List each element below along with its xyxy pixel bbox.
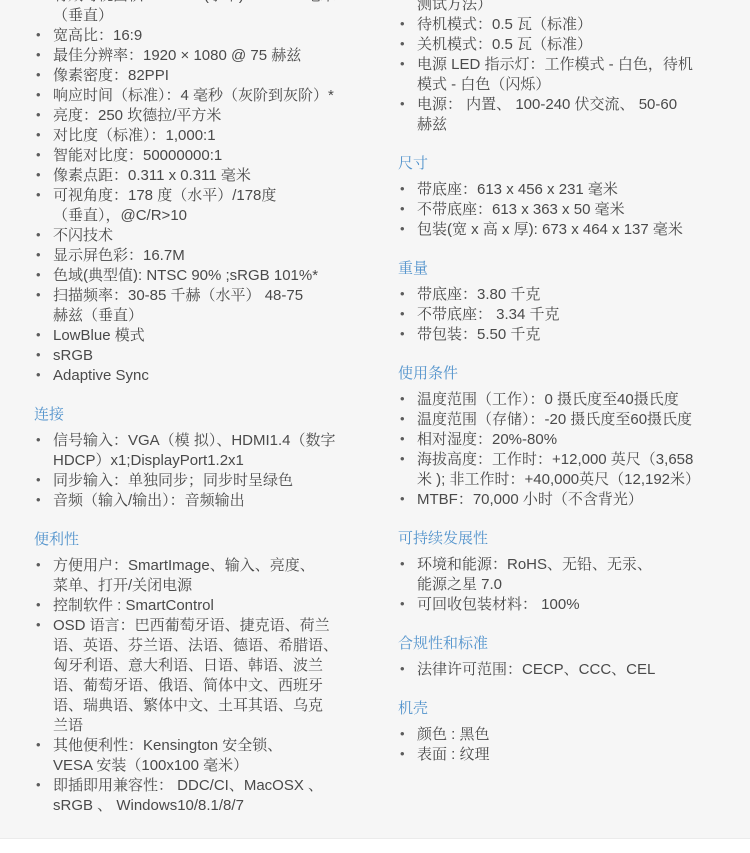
spec-line: •包装(宽 x 高 x 厚): 673 x 464 x 137 毫米 xyxy=(398,220,740,240)
bullet-icon: • xyxy=(36,105,41,125)
spec-text: 赫兹 xyxy=(417,116,447,133)
bullet-icon: • xyxy=(400,179,405,199)
spec-text: 菜单、打开/关闭电源 xyxy=(53,577,192,594)
spec-text: 可回收包装材料： 100% xyxy=(417,596,580,613)
spec-text: 模式 - 白色（闪烁） xyxy=(417,76,550,93)
spec-line: 赫兹 xyxy=(398,115,740,135)
spec-text: 有效可视面积：597.89(水平)x 336.31 毫米 xyxy=(53,0,336,4)
spec-text: 相对湿度：20%-80% xyxy=(417,431,557,448)
bullet-icon: • xyxy=(400,554,405,574)
spec-line: •像素密度：82PPI xyxy=(34,66,370,86)
spec-text: 响应时间（标准）：4 毫秒（灰阶到灰阶）* xyxy=(53,87,334,104)
bullet-icon: • xyxy=(36,615,41,635)
section-left-1: 连接•信号输入：VGA（模 拟）、HDMI1.4（数字HDCP）x1;Displ… xyxy=(34,405,370,511)
bullet-icon: • xyxy=(400,489,405,509)
bullet-icon: • xyxy=(36,430,41,450)
spec-line: •海拔高度：工作时：+12,000 英尺（3,658 xyxy=(398,450,740,470)
bullet-icon: • xyxy=(400,724,405,744)
section-heading: 重量 xyxy=(398,259,740,279)
bullet-icon: • xyxy=(36,65,41,85)
spec-line: •带包装：5.50 千克 xyxy=(398,325,740,345)
spec-columns: •有效可视面积：597.89(水平)x 336.31 毫米（垂直）•宽高比：16… xyxy=(0,0,750,816)
spec-line: •电源 LED 指示灯：工作模式 - 白色，待机 xyxy=(398,55,740,75)
section-right-6: 机壳•颜色 : 黑色•表面 : 纹理 xyxy=(398,699,740,765)
spec-line: （垂直），@C/R>10 xyxy=(34,206,370,226)
spec-line: •扫描频率：30-85 千赫（水平） 48-75 xyxy=(34,286,370,306)
page-bottom-strip xyxy=(0,839,750,853)
spec-text: Adaptive Sync xyxy=(53,367,149,384)
bullet-icon: • xyxy=(36,25,41,45)
spec-line: •MTBF：70,000 小时（不含背光） xyxy=(398,490,740,510)
spec-line: •方便用户：SmartImage、输入、亮度、 xyxy=(34,556,370,576)
section-right-4: 可持续发展性•环境和能源：RoHS、无铅、无汞、能源之星 7.0•可回收包装材料… xyxy=(398,529,740,615)
bullet-icon: • xyxy=(36,125,41,145)
spec-text: （垂直） xyxy=(53,7,113,24)
spec-line: 菜单、打开/关闭电源 xyxy=(34,576,370,596)
spec-line: •亮度：250 坎德拉/平方米 xyxy=(34,106,370,126)
spec-text: 智能对比度：50000000:1 xyxy=(53,147,222,164)
spec-text: 待机模式：0.5 瓦（标准） xyxy=(417,16,592,33)
spec-text: 宽高比：16:9 xyxy=(53,27,142,44)
bullet-icon: • xyxy=(36,595,41,615)
section-left-0: •有效可视面积：597.89(水平)x 336.31 毫米（垂直）•宽高比：16… xyxy=(34,0,370,386)
spec-text: 信号输入：VGA（模 拟）、HDMI1.4（数字 xyxy=(53,432,336,449)
bullet-icon: • xyxy=(400,54,405,74)
section-heading: 机壳 xyxy=(398,699,740,719)
bullet-icon: • xyxy=(36,735,41,755)
bullet-icon: • xyxy=(36,245,41,265)
bullet-icon: • xyxy=(36,0,41,5)
bullet-icon: • xyxy=(400,429,405,449)
spec-text: 环境和能源：RoHS、无铅、无汞、 xyxy=(417,556,652,573)
spec-line: •显示屏色彩：16.7M xyxy=(34,246,370,266)
spec-text: 带底座：3.80 千克 xyxy=(417,286,540,303)
spec-line: 语、瑞典语、繁体中文、土耳其语、乌克 xyxy=(34,696,370,716)
spec-text: 音频（输入/输出）：音频输出 xyxy=(53,492,245,509)
spec-text: 亮度：250 坎德拉/平方米 xyxy=(53,107,221,124)
spec-line: 赫兹（垂直） xyxy=(34,306,370,326)
spec-text: （垂直），@C/R>10 xyxy=(53,207,187,224)
spec-text: 语、英语、芬兰语、法语、德语、希腊语、 xyxy=(53,637,338,654)
section-right-5: 合规性和标准•法律许可范围：CECP、CCC、CEL xyxy=(398,634,740,680)
section-right-2: 重量•带底座：3.80 千克•不带底座： 3.34 千克•带包装：5.50 千克 xyxy=(398,259,740,345)
bullet-icon: • xyxy=(36,225,41,245)
spec-text: 测试方法） xyxy=(417,0,492,13)
spec-line: •法律许可范围：CECP、CCC、CEL xyxy=(398,660,740,680)
spec-line: •信号输入：VGA（模 拟）、HDMI1.4（数字 xyxy=(34,431,370,451)
spec-line: VESA 安装（100x100 毫米） xyxy=(34,756,370,776)
spec-text: 带底座：613 x 456 x 231 毫米 xyxy=(417,181,618,198)
bullet-icon: • xyxy=(400,199,405,219)
bullet-icon: • xyxy=(36,285,41,305)
section-left-2: 便利性•方便用户：SmartImage、输入、亮度、菜单、打开/关闭电源•控制软… xyxy=(34,530,370,816)
spec-line: •可回收包装材料： 100% xyxy=(398,595,740,615)
section-heading: 合规性和标准 xyxy=(398,634,740,654)
bullet-icon: • xyxy=(400,594,405,614)
spec-line: （垂直） xyxy=(34,6,370,26)
spec-text: LowBlue 模式 xyxy=(53,327,145,344)
spec-line: •温度范围（工作）：0 摄氏度至40摄氏度 xyxy=(398,390,740,410)
spec-text: 带包装：5.50 千克 xyxy=(417,326,540,343)
spec-line: 测试方法） xyxy=(398,0,740,15)
spec-line: •音频（输入/输出）：音频输出 xyxy=(34,491,370,511)
section-heading: 便利性 xyxy=(34,530,370,550)
spec-line: 模式 - 白色（闪烁） xyxy=(398,75,740,95)
bullet-icon: • xyxy=(36,85,41,105)
spec-line: •控制软件 : SmartControl xyxy=(34,596,370,616)
bullet-icon: • xyxy=(400,409,405,429)
column-left: •有效可视面积：597.89(水平)x 336.31 毫米（垂直）•宽高比：16… xyxy=(34,0,370,816)
bullet-icon: • xyxy=(36,165,41,185)
spec-text: 不带底座： 3.34 千克 xyxy=(417,306,560,323)
spec-text: 色域(典型值): NTSC 90% ;sRGB 101%* xyxy=(53,267,318,284)
spec-line: sRGB 、 Windows10/8.1/8/7 xyxy=(34,796,370,816)
bullet-icon: • xyxy=(36,490,41,510)
section-right-1: 尺寸•带底座：613 x 456 x 231 毫米•不带底座：613 x 363… xyxy=(398,154,740,240)
bullet-icon: • xyxy=(36,775,41,795)
spec-line: HDCP）x1;DisplayPort1.2x1 xyxy=(34,451,370,471)
spec-line: •带底座：3.80 千克 xyxy=(398,285,740,305)
spec-line: •其他便利性：Kensington 安全锁、 xyxy=(34,736,370,756)
spec-line: 兰语 xyxy=(34,716,370,736)
spec-text: 显示屏色彩：16.7M xyxy=(53,247,185,264)
spec-text: sRGB xyxy=(53,347,93,364)
bullet-icon: • xyxy=(400,34,405,54)
spec-text: 电源： 内置、 100-240 伏交流、 50-60 xyxy=(417,96,677,113)
bullet-icon: • xyxy=(400,284,405,304)
spec-line: •不带底座： 3.34 千克 xyxy=(398,305,740,325)
spec-line: 匈牙利语、意大利语、日语、韩语、波兰 xyxy=(34,656,370,676)
spec-line: •对比度（标准）：1,000:1 xyxy=(34,126,370,146)
spec-line: •关机模式：0.5 瓦（标准） xyxy=(398,35,740,55)
bullet-icon: • xyxy=(36,145,41,165)
bullet-icon: • xyxy=(400,219,405,239)
spec-line: •可视角度：178 度（水平）/178度 xyxy=(34,186,370,206)
bullet-icon: • xyxy=(36,555,41,575)
spec-text: 兰语 xyxy=(53,717,83,734)
spec-text: 即插即用兼容性： DDC/CI、MacOSX 、 xyxy=(53,777,323,794)
bullet-icon: • xyxy=(400,659,405,679)
spec-text: 最佳分辨率：1920 × 1080 @ 75 赫兹 xyxy=(53,47,301,64)
section-heading: 可持续发展性 xyxy=(398,529,740,549)
spec-text: 赫兹（垂直） xyxy=(53,307,143,324)
spec-line: •环境和能源：RoHS、无铅、无汞、 xyxy=(398,555,740,575)
section-right-0: 测试方法）•待机模式：0.5 瓦（标准）•关机模式：0.5 瓦（标准）•电源 L… xyxy=(398,0,740,135)
spec-line: •响应时间（标准）：4 毫秒（灰阶到灰阶）* xyxy=(34,86,370,106)
spec-text: 不带底座：613 x 363 x 50 毫米 xyxy=(417,201,625,218)
spec-text: 扫描频率：30-85 千赫（水平） 48-75 xyxy=(53,287,303,304)
spec-line: •温度范围（存储）：-20 摄氏度至60摄氏度 xyxy=(398,410,740,430)
section-right-3: 使用条件•温度范围（工作）：0 摄氏度至40摄氏度•温度范围（存储）：-20 摄… xyxy=(398,364,740,510)
section-heading: 尺寸 xyxy=(398,154,740,174)
spec-line: •Adaptive Sync xyxy=(34,366,370,386)
spec-line: 米 ); 非工作时：+40,000英尺（12,192米） xyxy=(398,470,740,490)
spec-text: 像素密度：82PPI xyxy=(53,67,169,84)
spec-line: •色域(典型值): NTSC 90% ;sRGB 101%* xyxy=(34,266,370,286)
column-right: 测试方法）•待机模式：0.5 瓦（标准）•关机模式：0.5 瓦（标准）•电源 L… xyxy=(398,0,740,816)
spec-line: •相对湿度：20%-80% xyxy=(398,430,740,450)
spec-line: •即插即用兼容性： DDC/CI、MacOSX 、 xyxy=(34,776,370,796)
spec-text: 控制软件 : SmartControl xyxy=(53,597,214,614)
bullet-icon: • xyxy=(36,365,41,385)
spec-line: •最佳分辨率：1920 × 1080 @ 75 赫兹 xyxy=(34,46,370,66)
spec-text: VESA 安装（100x100 毫米） xyxy=(53,757,248,774)
spec-text: 温度范围（工作）：0 摄氏度至40摄氏度 xyxy=(417,391,679,408)
bullet-icon: • xyxy=(36,185,41,205)
bullet-icon: • xyxy=(36,470,41,490)
bullet-icon: • xyxy=(400,324,405,344)
spec-text: 对比度（标准）：1,000:1 xyxy=(53,127,216,144)
spec-text: 方便用户：SmartImage、输入、亮度、 xyxy=(53,557,315,574)
spec-text: 包装(宽 x 高 x 厚): 673 x 464 x 137 毫米 xyxy=(417,221,683,238)
spec-text: 海拔高度：工作时：+12,000 英尺（3,658 xyxy=(417,451,693,468)
spec-line: •待机模式：0.5 瓦（标准） xyxy=(398,15,740,35)
spec-text: HDCP）x1;DisplayPort1.2x1 xyxy=(53,452,244,469)
bullet-icon: • xyxy=(36,45,41,65)
spec-line: 能源之星 7.0 xyxy=(398,575,740,595)
spec-line: •带底座：613 x 456 x 231 毫米 xyxy=(398,180,740,200)
spec-line: •不闪技术 xyxy=(34,226,370,246)
spec-line: •sRGB xyxy=(34,346,370,366)
spec-text: OSD 语言：巴西葡萄牙语、捷克语、荷兰 xyxy=(53,617,330,634)
bullet-icon: • xyxy=(400,744,405,764)
spec-line: •LowBlue 模式 xyxy=(34,326,370,346)
spec-line: •表面 : 纹理 xyxy=(398,745,740,765)
spec-text: 不闪技术 xyxy=(53,227,113,244)
spec-text: 语、瑞典语、繁体中文、土耳其语、乌克 xyxy=(53,697,323,714)
spec-text: 关机模式：0.5 瓦（标准） xyxy=(417,36,592,53)
spec-line: •不带底座：613 x 363 x 50 毫米 xyxy=(398,200,740,220)
spec-line: •同步输入：单独同步；同步时呈绿色 xyxy=(34,471,370,491)
spec-line: •像素点距：0.311 x 0.311 毫米 xyxy=(34,166,370,186)
spec-text: 米 ); 非工作时：+40,000英尺（12,192米） xyxy=(417,471,700,488)
spec-text: sRGB 、 Windows10/8.1/8/7 xyxy=(53,797,244,814)
bullet-icon: • xyxy=(400,94,405,114)
spec-text: 能源之星 7.0 xyxy=(417,576,502,593)
spec-text: 表面 : 纹理 xyxy=(417,746,490,763)
section-heading: 使用条件 xyxy=(398,364,740,384)
spec-text: 像素点距：0.311 x 0.311 毫米 xyxy=(53,167,251,184)
spec-sheet-page: •有效可视面积：597.89(水平)x 336.31 毫米（垂直）•宽高比：16… xyxy=(0,0,750,839)
spec-line: •OSD 语言：巴西葡萄牙语、捷克语、荷兰 xyxy=(34,616,370,636)
spec-line: •宽高比：16:9 xyxy=(34,26,370,46)
spec-text: 其他便利性：Kensington 安全锁、 xyxy=(53,737,282,754)
spec-line: 语、英语、芬兰语、法语、德语、希腊语、 xyxy=(34,636,370,656)
spec-text: 颜色 : 黑色 xyxy=(417,726,490,743)
bullet-icon: • xyxy=(400,304,405,324)
spec-line: 语、葡萄牙语、俄语、简体中文、西班牙 xyxy=(34,676,370,696)
bullet-icon: • xyxy=(36,265,41,285)
spec-text: MTBF：70,000 小时（不含背光） xyxy=(417,491,643,508)
spec-text: 语、葡萄牙语、俄语、简体中文、西班牙 xyxy=(53,677,323,694)
spec-text: 温度范围（存储）：-20 摄氏度至60摄氏度 xyxy=(417,411,692,428)
spec-text: 可视角度：178 度（水平）/178度 xyxy=(53,187,276,204)
bullet-icon: • xyxy=(400,449,405,469)
bullet-icon: • xyxy=(36,325,41,345)
spec-line: •颜色 : 黑色 xyxy=(398,725,740,745)
spec-line: •智能对比度：50000000:1 xyxy=(34,146,370,166)
spec-text: 法律许可范围：CECP、CCC、CEL xyxy=(417,661,655,678)
spec-text: 同步输入：单独同步；同步时呈绿色 xyxy=(53,472,293,489)
bullet-icon: • xyxy=(400,389,405,409)
spec-text: 匈牙利语、意大利语、日语、韩语、波兰 xyxy=(53,657,323,674)
spec-text: 电源 LED 指示灯：工作模式 - 白色，待机 xyxy=(417,56,693,73)
spec-line: •电源： 内置、 100-240 伏交流、 50-60 xyxy=(398,95,740,115)
bullet-icon: • xyxy=(36,345,41,365)
section-heading: 连接 xyxy=(34,405,370,425)
bullet-icon: • xyxy=(400,14,405,34)
